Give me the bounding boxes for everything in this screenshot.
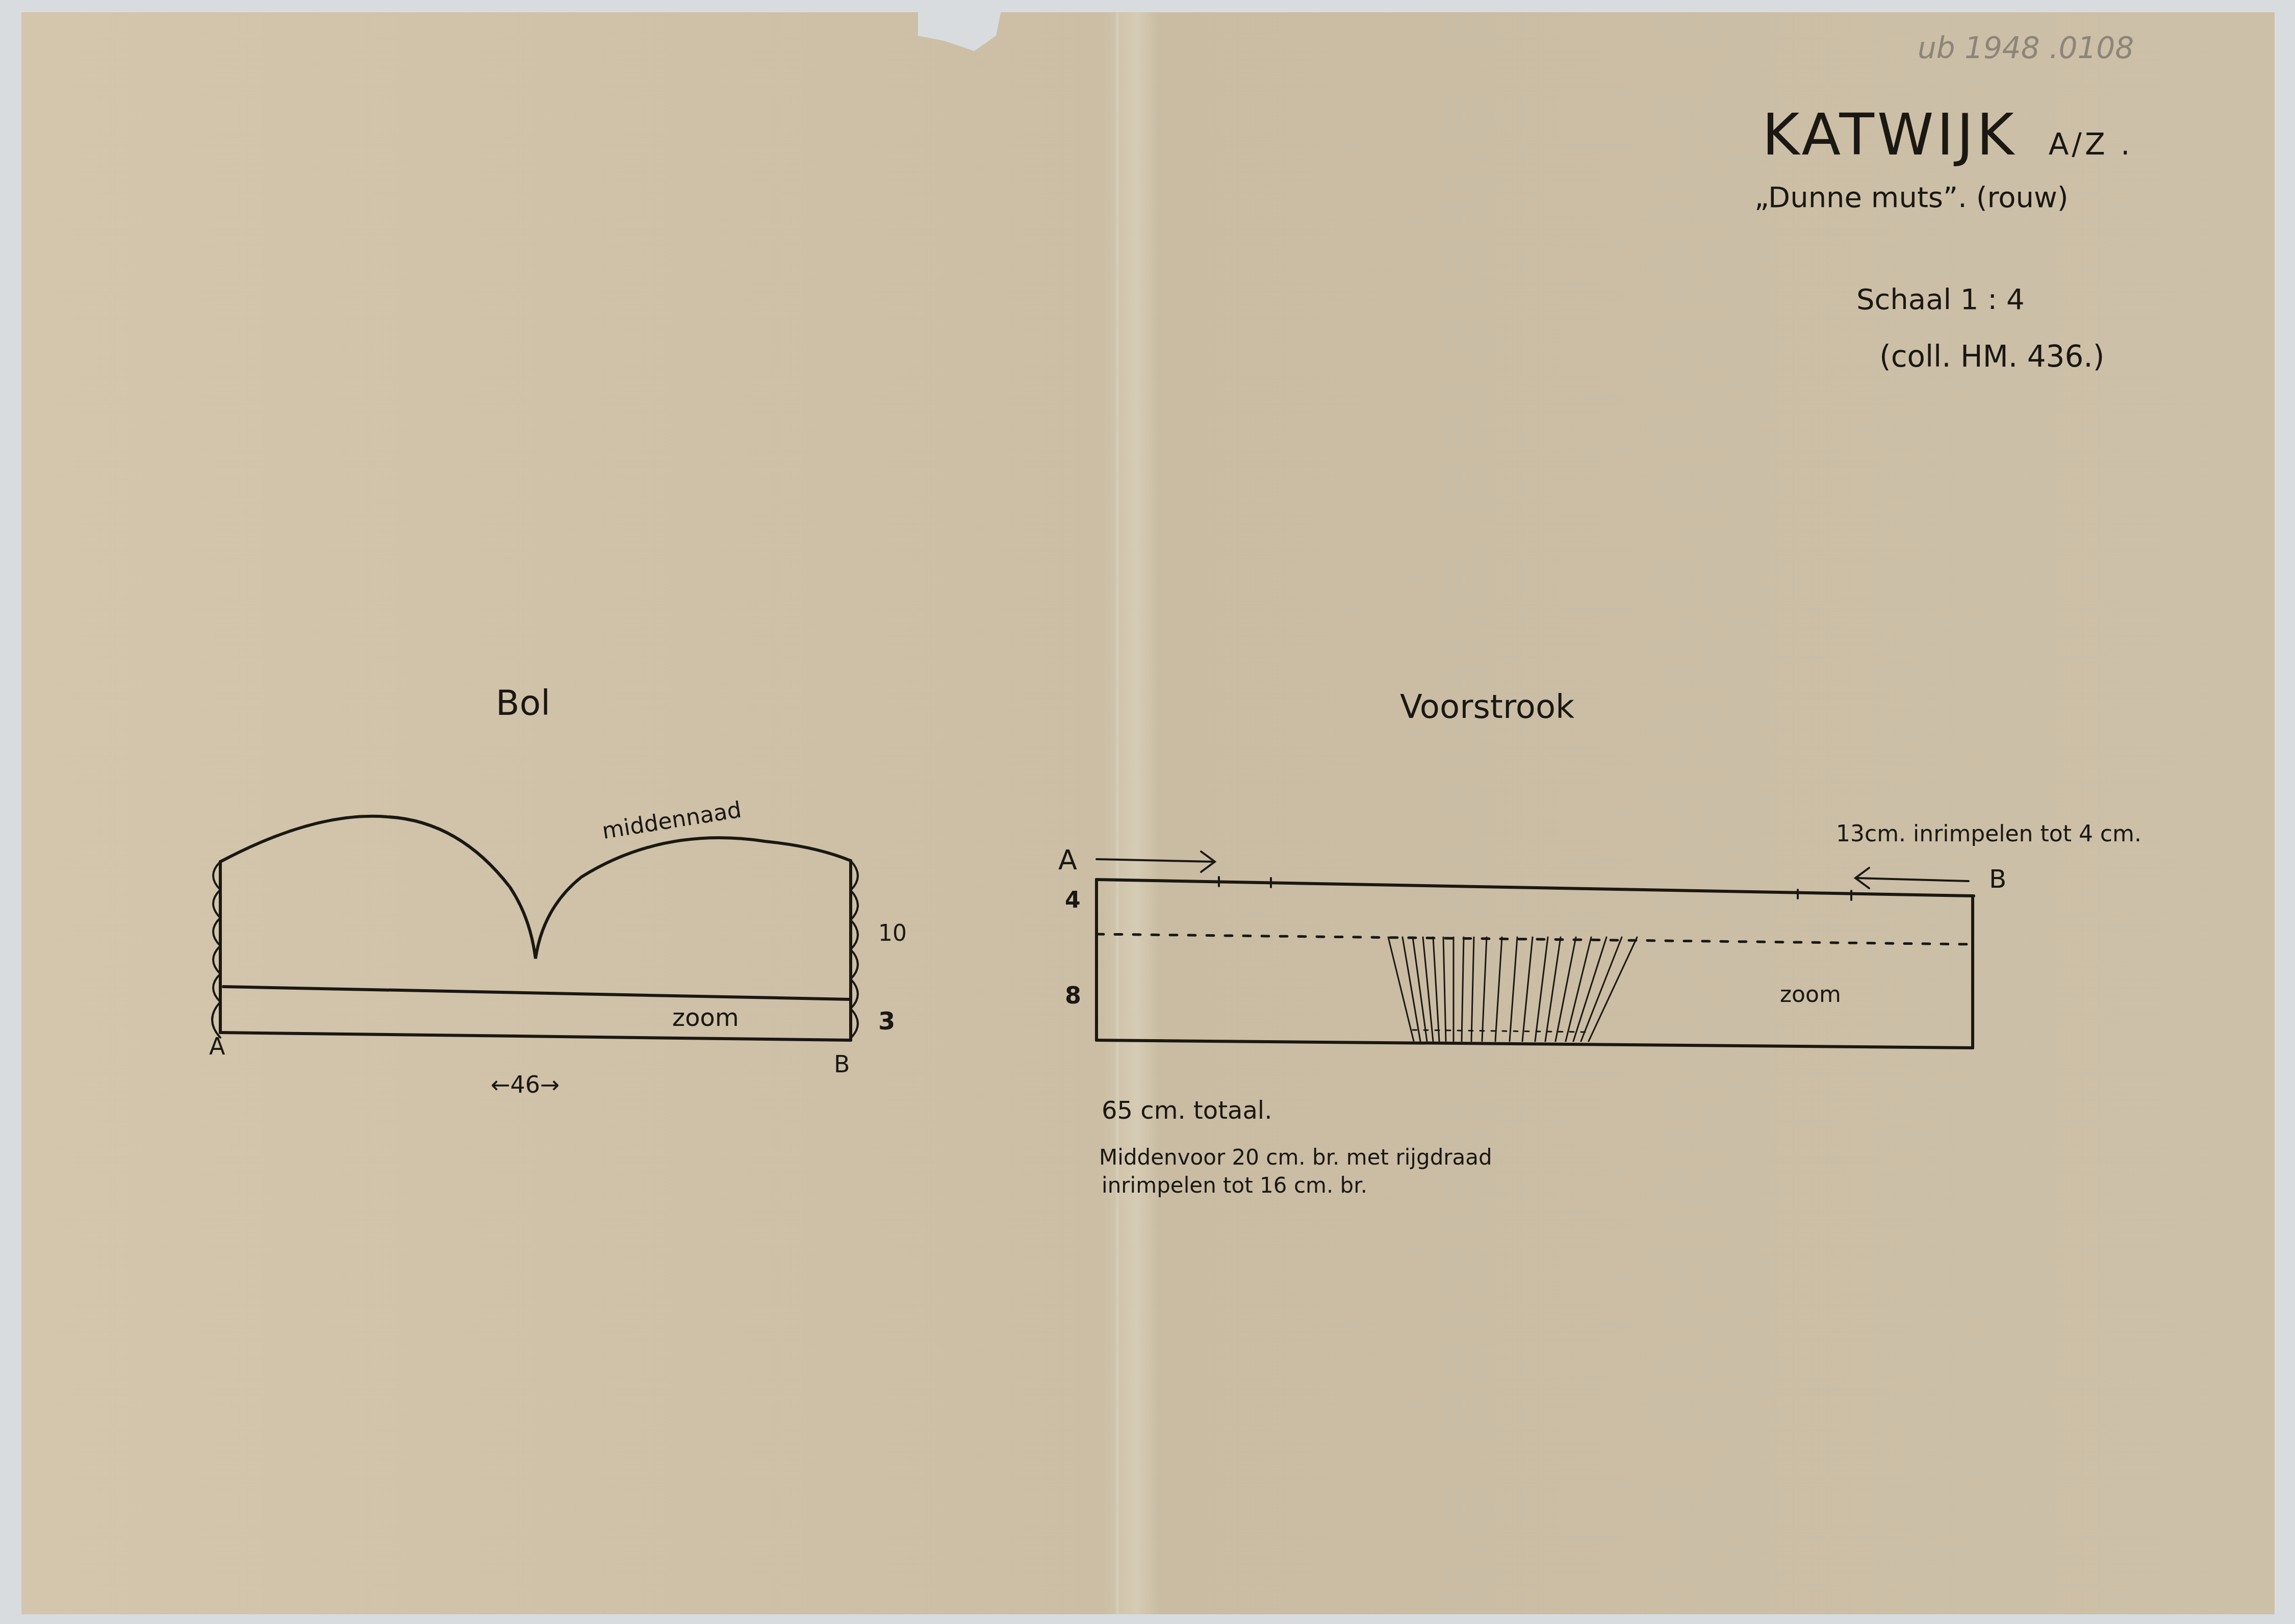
- voorstrook-pattern-piece: [1096, 852, 1974, 1048]
- gathering-pleats: [1388, 937, 1637, 1041]
- pattern-drawings: [0, 0, 2295, 1624]
- bol-pattern-piece: [212, 816, 858, 1040]
